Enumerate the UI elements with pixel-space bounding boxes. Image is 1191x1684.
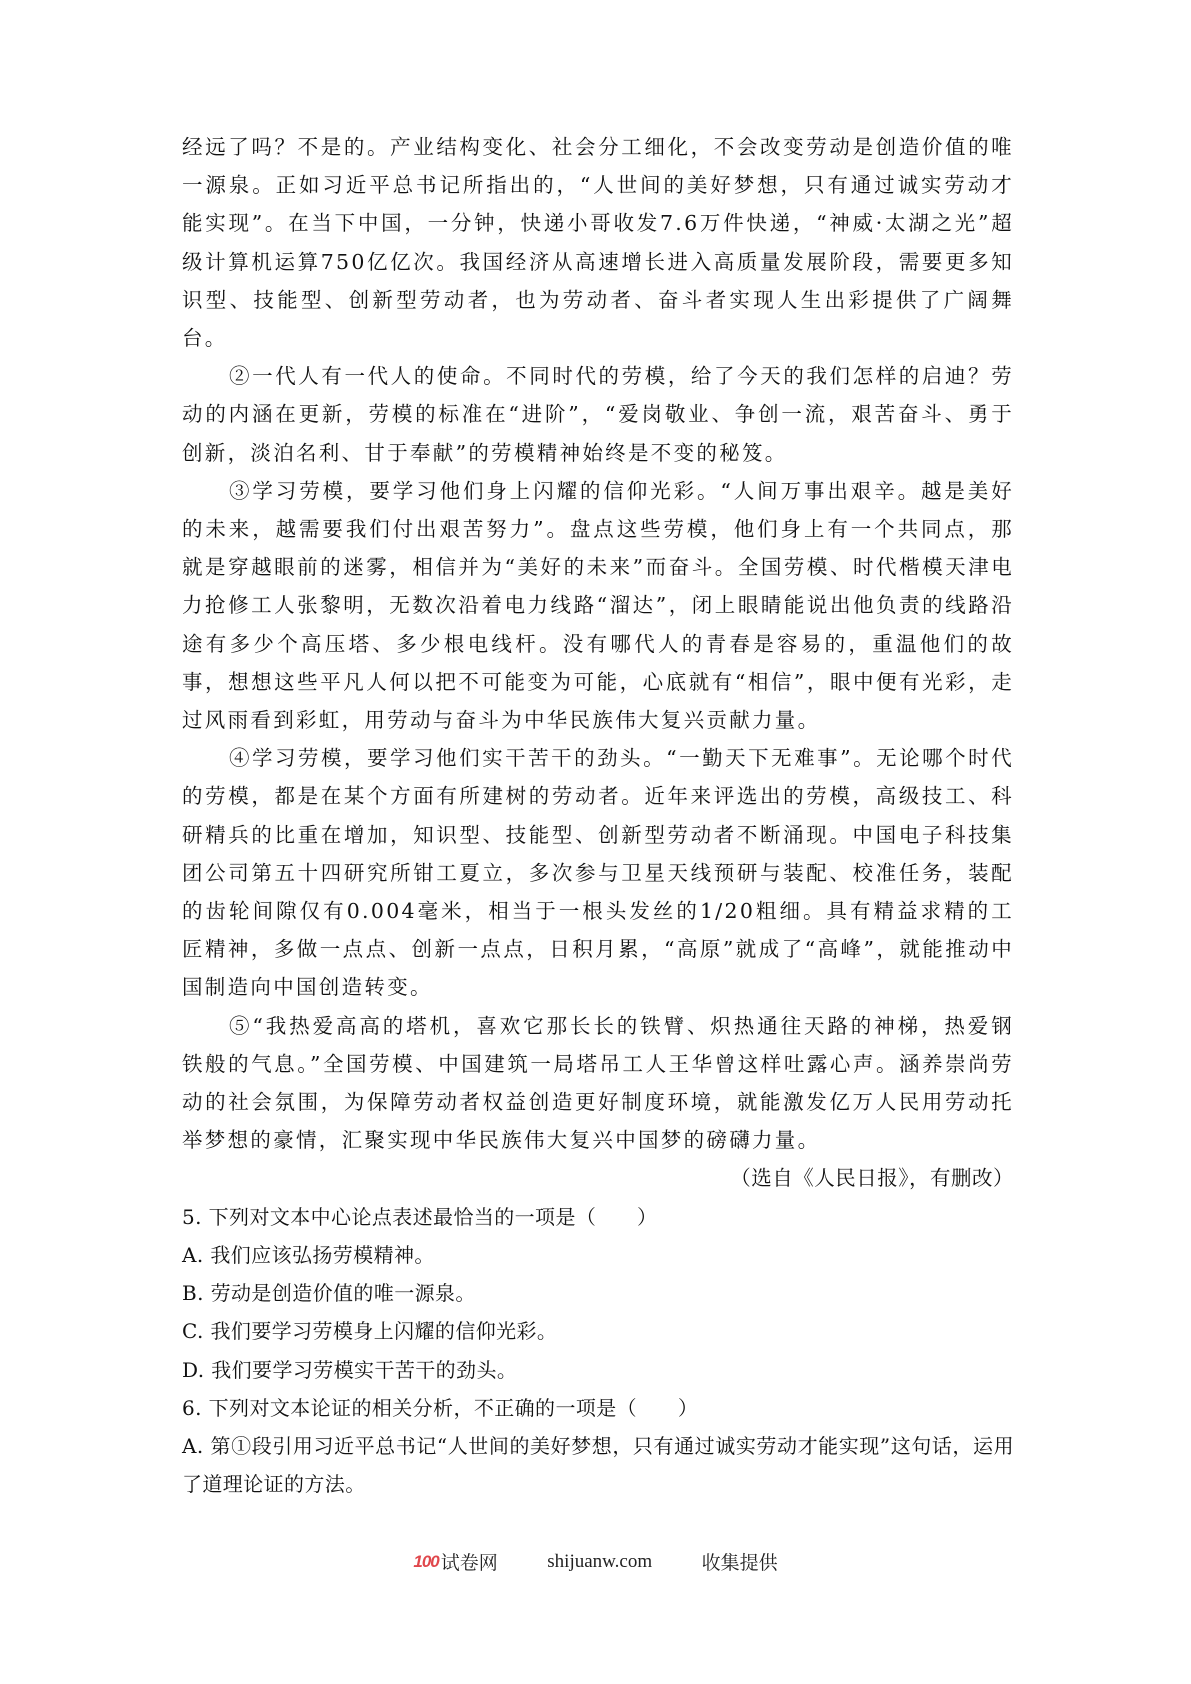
paragraph-1-continued: 经远了吗？不是的。产业结构变化、社会分工细化，不会改变劳动是创造价值的唯一源泉。… (182, 128, 1014, 357)
paragraph-4: ④学习劳模，要学习他们实干苦干的劲头。“一勤天下无难事”。无论哪个时代的劳模，都… (182, 739, 1014, 1006)
option-label: A. (182, 1243, 204, 1267)
question-6-stem: 6. 下列对文本论证的相关分析，不正确的一项是（ ） (182, 1389, 1014, 1427)
paragraph-3: ③学习劳模，要学习他们身上闪耀的信仰光彩。“人间万事出艰辛。越是美好的未来，越需… (182, 472, 1014, 739)
site-url: shijuanw.com (547, 1551, 652, 1573)
option-text: 我们应该弘扬劳模精神。 (210, 1243, 434, 1267)
option-text: 第①段引用习近平总书记“人世间的美好梦想，只有通过诚实劳动才能实现”这句话，运用… (182, 1434, 1014, 1496)
site-logo-icon: 100 (413, 1552, 438, 1572)
exam-page: 经远了吗？不是的。产业结构变化、社会分工细化，不会改变劳动是创造价值的唯一源泉。… (0, 0, 1191, 1684)
question-text: 下列对文本论证的相关分析，不正确的一项是（ ） (209, 1396, 699, 1420)
question-5-option-a: A. 我们应该弘扬劳模精神。 (182, 1236, 1014, 1274)
option-label: A. (182, 1434, 204, 1458)
question-text: 下列对文本中心论点表述最恰当的一项是（ ） (209, 1205, 658, 1229)
paragraph-5: ⑤“我热爱高高的塔机，喜欢它那长长的铁臂、炽热通往天路的神梯，热爱钢铁般的气息。… (182, 1007, 1014, 1160)
question-5-option-d: D. 我们要学习劳模实干苦干的劲头。 (182, 1351, 1014, 1389)
question-number: 5. (182, 1205, 202, 1229)
option-label: B. (182, 1281, 204, 1305)
passage: 经远了吗？不是的。产业结构变化、社会分工细化，不会改变劳动是创造价值的唯一源泉。… (182, 128, 1014, 1503)
question-5-option-c: C. 我们要学习劳模身上闪耀的信仰光彩。 (182, 1312, 1014, 1350)
question-number: 6. (182, 1396, 202, 1420)
question-6-option-a: A. 第①段引用习近平总书记“人世间的美好梦想，只有通过诚实劳动才能实现”这句话… (182, 1427, 1014, 1503)
option-text: 劳动是创造价值的唯一源泉。 (211, 1281, 476, 1305)
question-5-stem: 5. 下列对文本中心论点表述最恰当的一项是（ ） (182, 1198, 1014, 1236)
source-citation: （选自《人民日报》，有删改） (182, 1159, 1014, 1197)
questions: 5. 下列对文本中心论点表述最恰当的一项是（ ） A. 我们应该弘扬劳模精神。 … (182, 1198, 1014, 1504)
credit-text: 收集提供 (702, 1548, 778, 1575)
question-5-option-b: B. 劳动是创造价值的唯一源泉。 (182, 1274, 1014, 1312)
option-text: 我们要学习劳模身上闪耀的信仰光彩。 (211, 1319, 558, 1343)
option-label: C. (182, 1319, 204, 1343)
option-text: 我们要学习劳模实干苦干的劲头。 (211, 1358, 517, 1382)
site-name: 试卷网 (441, 1548, 498, 1575)
option-label: D. (182, 1358, 204, 1382)
paragraph-2: ②一代人有一代人的使命。不同时代的劳模，给了今天的我们怎样的启迪？劳动的内涵在更… (182, 357, 1014, 472)
page-footer: 100试卷网 shijuanw.com 收集提供 (0, 1548, 1191, 1575)
